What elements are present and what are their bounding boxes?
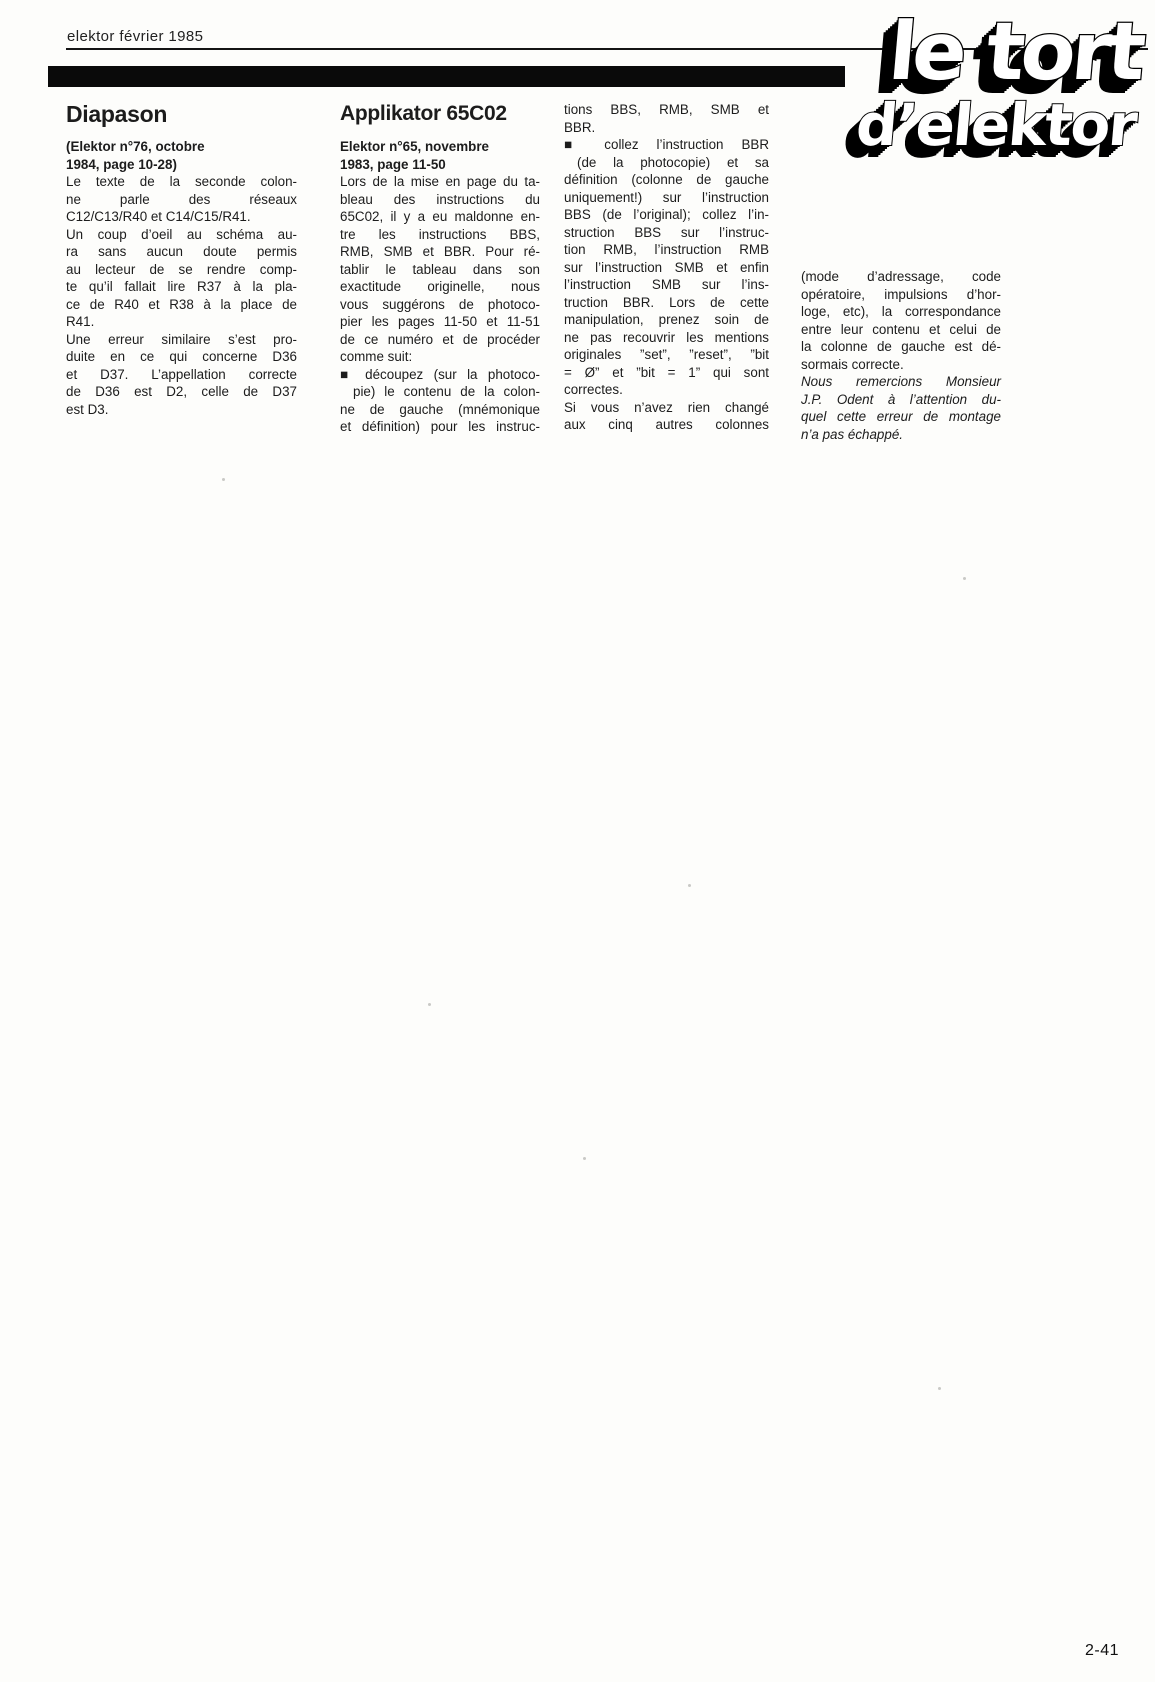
article-reference-line: Elektor n°65, novembre [340, 138, 540, 156]
text-line: exactitude originelle, nous [340, 278, 540, 296]
text-line: te qu’il fallait lire R37 à la pla- [66, 278, 297, 296]
header-black-bar [48, 66, 845, 87]
article-reference-line: (Elektor n°76, octobre [66, 138, 297, 156]
page-number: 2-41 [1085, 1642, 1119, 1660]
text-line: aux cinq autres colonnes [564, 416, 769, 434]
text-line: C12/C13/R40 et C14/C15/R41. [66, 208, 297, 226]
text-line: = Ø” et ”bit = 1” qui sont [564, 364, 769, 382]
text-line: ■ collez l’instruction BBR [564, 136, 769, 154]
text-line: originales ”set”, ”reset”, ”bit [564, 346, 769, 364]
text-line: J.P. Odent à l’attention du- [801, 391, 1001, 409]
text-line: tablir le tableau dans son [340, 261, 540, 279]
text-line: pier les pages 11-50 et 11-51 [340, 313, 540, 331]
text-line: tre les instructions BBS, [340, 226, 540, 244]
magazine-page: elektor février 1985 le tort d’elektor D… [0, 0, 1155, 1682]
text-line: l’instruction SMB sur l’ins- [564, 276, 769, 294]
running-header: elektor février 1985 [67, 28, 203, 45]
text-line: uniquement!) sur l’instruction [564, 189, 769, 207]
text-line: sormais correcte. [801, 356, 1001, 374]
text-line: Lors de la mise en page du ta- [340, 173, 540, 191]
text-line: loge, etc), la correspondance [801, 303, 1001, 321]
text-line: struction BBS sur l’instruc- [564, 224, 769, 242]
scan-speck [688, 884, 691, 887]
text-line: au lecteur de se rendre comp- [66, 261, 297, 279]
text-line: Si vous n’avez rien changé [564, 399, 769, 417]
column-applikator-end: (mode d’adressage, codeopératoire, impul… [801, 268, 1001, 443]
text-line: (mode d’adressage, code [801, 268, 1001, 286]
column-applikator-continued: tions BBS, RMB, SMB etBBR.■ collez l’ins… [564, 101, 769, 434]
text-line: n’a pas échappé. [801, 426, 1001, 444]
magazine-logo: le tort d’elektor [854, 14, 1145, 153]
text-line: 65C02, il y a eu maldonne en- [340, 208, 540, 226]
column-diapason: Diapason(Elektor n°76, octobre1984, page… [66, 101, 297, 418]
text-line: correctes. [564, 381, 769, 399]
text-line: Nous remercions Monsieur [801, 373, 1001, 391]
text-line: entre leur contenu et celui de [801, 321, 1001, 339]
text-line: pie) le contenu de la colon- [340, 383, 540, 401]
text-line: ce de R40 et R38 à la place de [66, 296, 297, 314]
article-reference-line: 1983, page 11-50 [340, 156, 540, 174]
text-line: (de la photocopie) et sa [564, 154, 769, 172]
text-line: la colonne de gauche est dé- [801, 338, 1001, 356]
text-line: Une erreur similaire s’est pro- [66, 331, 297, 349]
text-line: vous suggérons de photoco- [340, 296, 540, 314]
text-line: R41. [66, 313, 297, 331]
article-title: Applikator 65C02 [340, 101, 540, 127]
text-line: et définition) pour les instruc- [340, 418, 540, 436]
text-line: ra sans aucun doute permis [66, 243, 297, 261]
text-line: BBS (de l’original); collez l’in- [564, 206, 769, 224]
text-line: bleau des instructions du [340, 191, 540, 209]
text-line: de ce numéro et de procéder [340, 331, 540, 349]
text-line: sur l’instruction SMB et enfin [564, 259, 769, 277]
article-reference-line: 1984, page 10-28) [66, 156, 297, 174]
text-line: tion RMB, l’instruction RMB [564, 241, 769, 259]
text-line: Un coup d’oeil au schéma au- [66, 226, 297, 244]
column-applikator: Applikator 65C02Elektor n°65, novembre19… [340, 101, 540, 436]
text-line: comme suit: [340, 348, 540, 366]
text-line: ne de gauche (mnémonique [340, 401, 540, 419]
text-line: RMB, SMB et BBR. Pour ré- [340, 243, 540, 261]
text-line: définition (colonne de gauche [564, 171, 769, 189]
scan-speck [583, 1157, 586, 1160]
text-line: quel cette erreur de montage [801, 408, 1001, 426]
logo-line-2: d’elektor [854, 98, 1138, 153]
scan-speck [428, 1003, 431, 1006]
text-line: ne parle des réseaux [66, 191, 297, 209]
text-line: tions BBS, RMB, SMB et [564, 101, 769, 119]
text-line: et D37. L’appellation correcte [66, 366, 297, 384]
text-line: opératoire, impulsions d’hor- [801, 286, 1001, 304]
text-line: manipulation, prenez soin de [564, 311, 769, 329]
scan-speck [963, 577, 966, 580]
text-line: de D36 est D2, celle de D37 [66, 383, 297, 401]
text-line: BBR. [564, 119, 769, 137]
text-line: ■ découpez (sur la photoco- [340, 366, 540, 384]
text-line: truction BBR. Lors de cette [564, 294, 769, 312]
scan-speck [222, 478, 225, 481]
text-line: Le texte de la seconde colon- [66, 173, 297, 191]
scan-speck [938, 1387, 941, 1390]
text-line: duite en ce qui concerne D36 [66, 348, 297, 366]
article-title: Diapason [66, 101, 297, 127]
text-line: est D3. [66, 401, 297, 419]
logo-line-1: le tort [860, 14, 1146, 90]
text-line: ne pas recouvrir les mentions [564, 329, 769, 347]
